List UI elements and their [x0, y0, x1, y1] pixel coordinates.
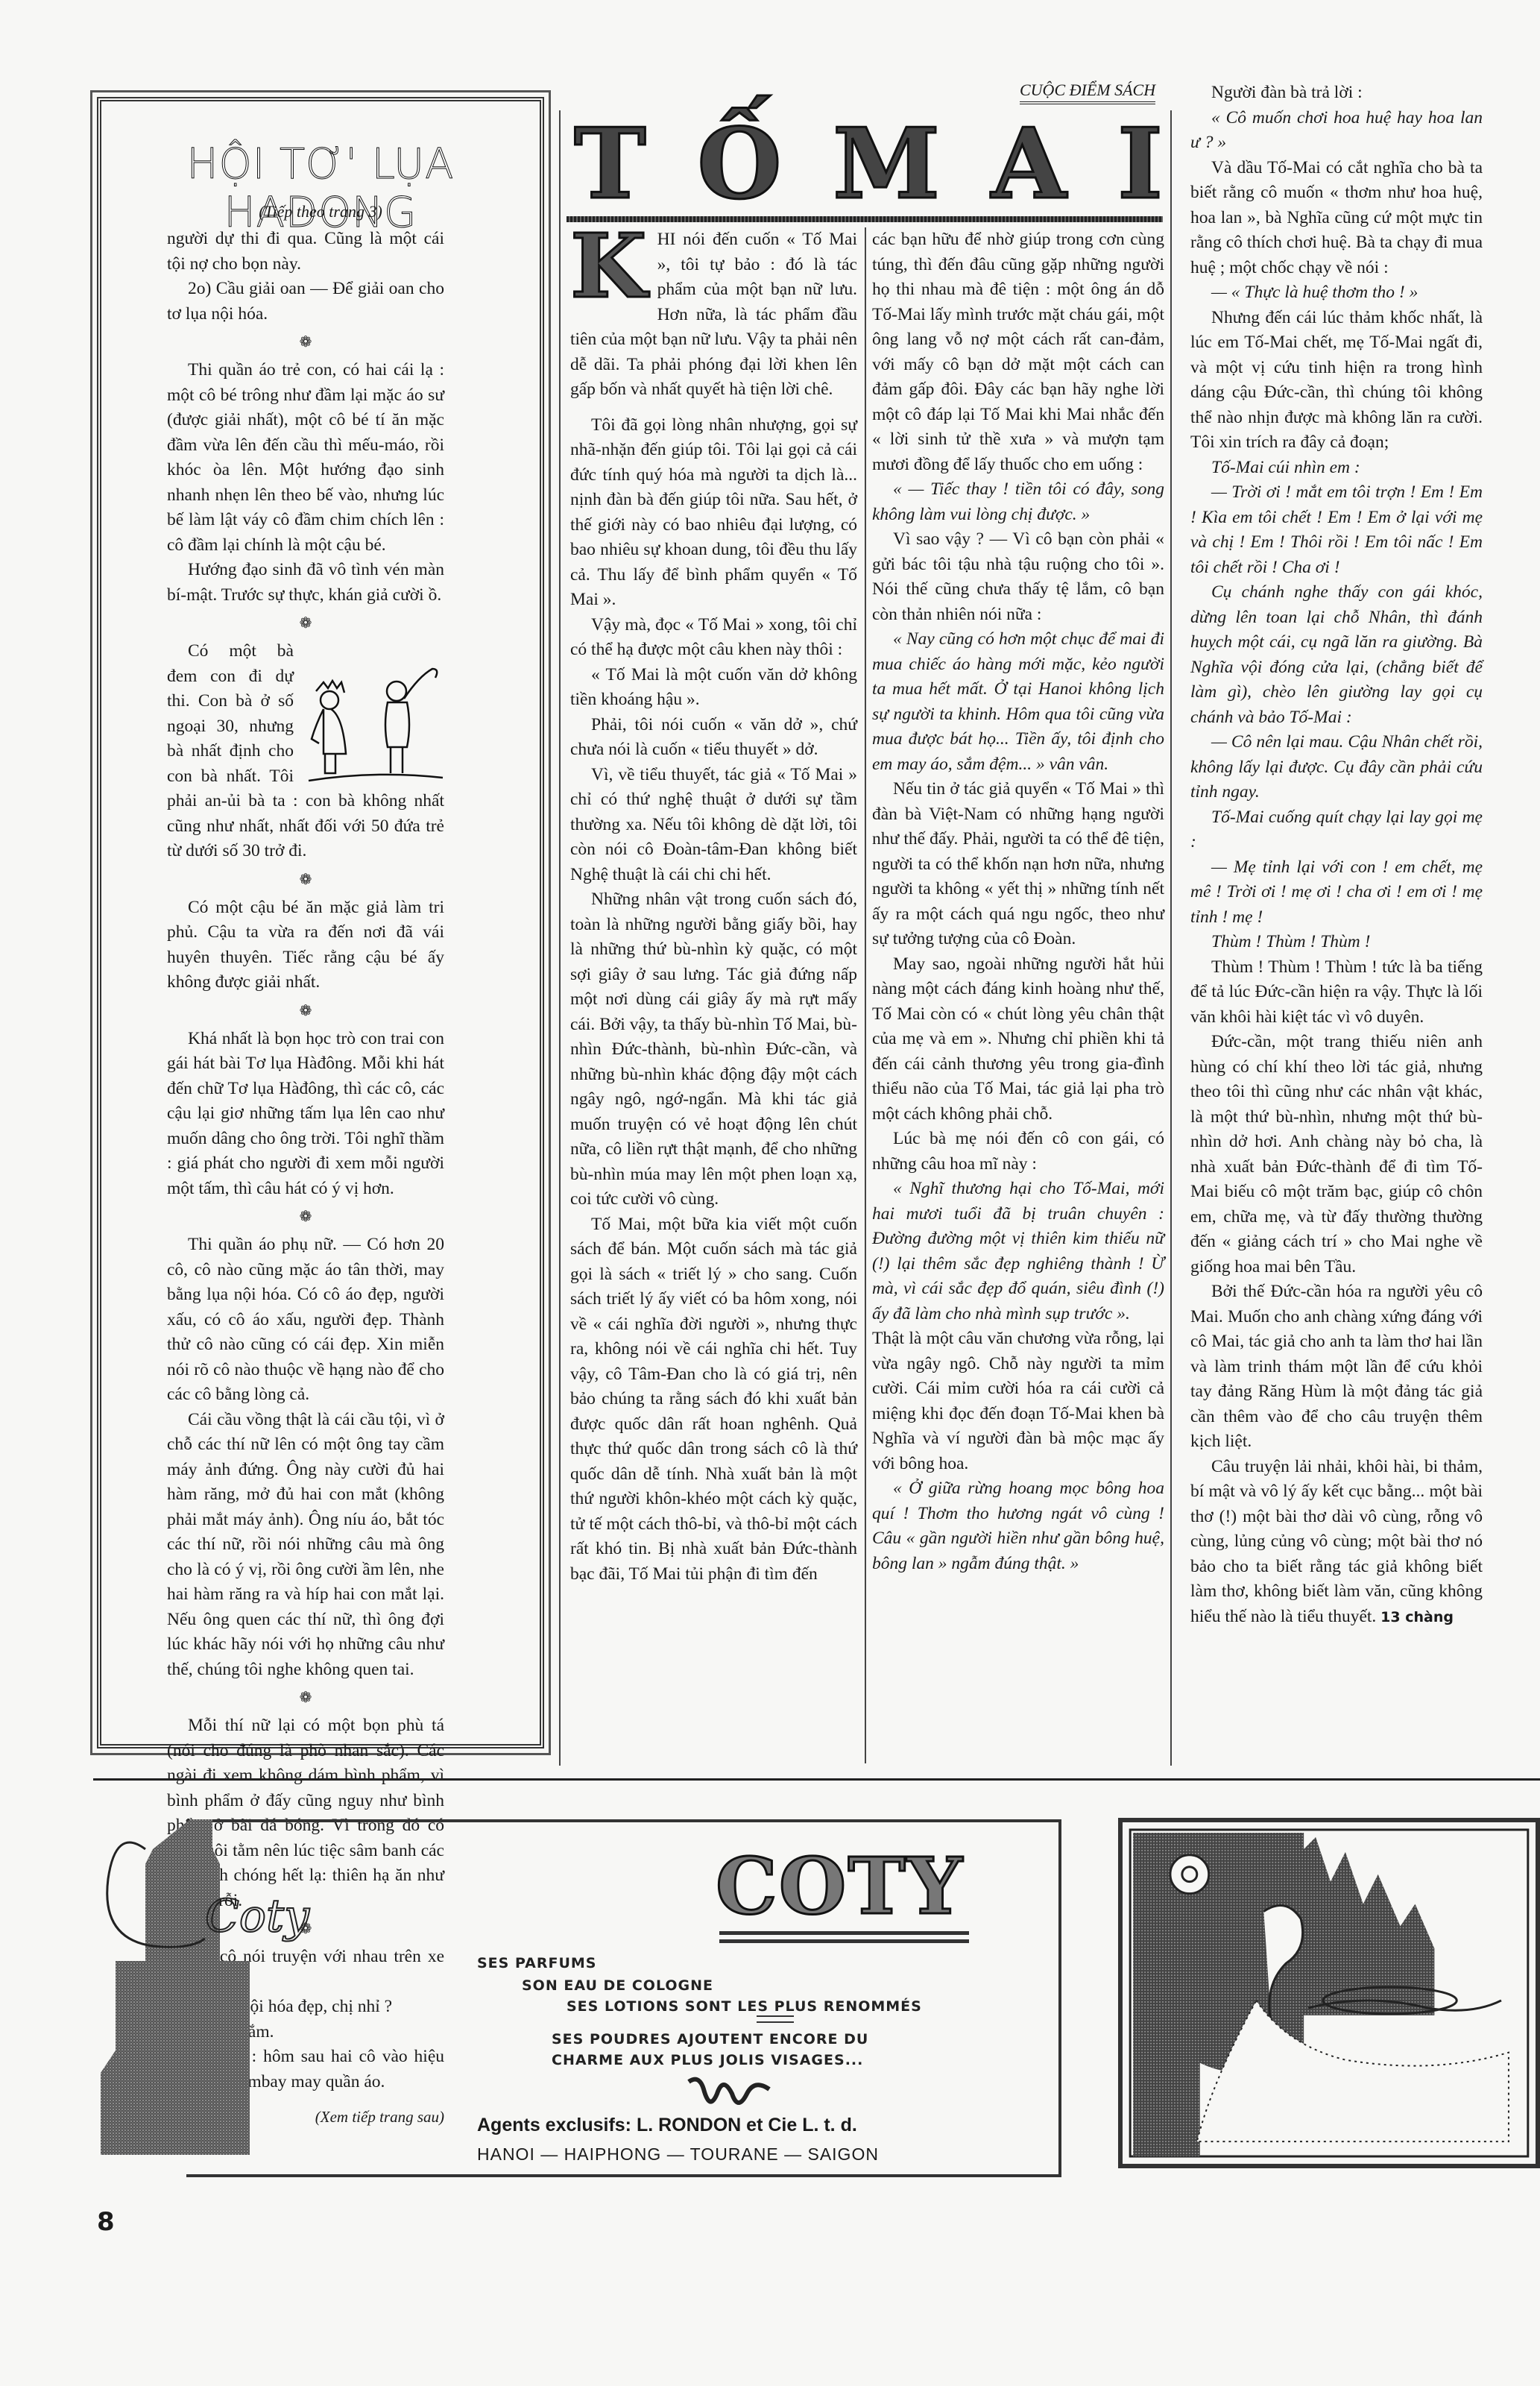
paragraph: Phải, tôi nói cuốn « văn dở », chứ chưa … [570, 713, 857, 763]
paragraph: các bạn hữu để nhờ giúp trong cơn cùng t… [872, 227, 1164, 477]
title-letter: M [833, 119, 940, 209]
paragraph: Những nhân vật trong cuốn sách đó, toàn … [570, 887, 857, 1212]
ad-line: SON EAU DE COLOGNE [522, 1977, 713, 1994]
coty-logo: COTY [716, 1840, 964, 1932]
ad-line: SES POUDRES AJOUTENT ENCORE DU [552, 2031, 868, 2047]
paragraph: 2o) Cầu giải oan — Để giải oan cho tơ lụ… [167, 277, 444, 327]
svg-text:Coty: Coty [205, 1890, 310, 1942]
paragraph: Thùm ! Thùm ! Thùm ! tức là ba tiếng để … [1190, 955, 1483, 1030]
to-mai-column-1: KHI nói đến cuốn « Tố Mai », tôi tự bảo … [570, 227, 857, 1587]
quote: « Nay cũng có hơn một chục để mai đi mua… [872, 627, 1164, 777]
title-letter: A [991, 119, 1067, 209]
paragraph: Và dầu Tố-Mai có cắt nghĩa cho bà ta biế… [1190, 156, 1483, 281]
page-number: 8 [97, 2207, 115, 2237]
paragraph: May sao, ngoài những người hắt hủi nàng … [872, 952, 1164, 1127]
hoi-to-lua-subtitle: (Tiếp theo trang 3) [101, 202, 540, 221]
paragraph: Lúc bà mẹ nói đến cô con gái, có những c… [872, 1127, 1164, 1177]
continued-marker: 13 chàng [1380, 1609, 1454, 1625]
paragraph: Khá nhất là bọn học trò con trai con gái… [167, 1027, 444, 1202]
hoi-to-lua-article-box: HỘI TƠ' LỤA HADONG (Tiếp theo trang 3) n… [97, 97, 544, 1748]
title-letter: I [1117, 119, 1163, 209]
paragraph: Vì, về tiểu thuyết, tác giả « Tố Mai » c… [570, 763, 857, 888]
paragraph: Vậy mà, đọc « Tố Mai » xong, tôi chỉ có … [570, 613, 857, 663]
title-letter: Ố [697, 119, 781, 209]
to-mai-title: T Ố M A I [574, 119, 1163, 209]
paragraph: Tôi đã gọi lòng nhân nhượng, gọi sự nhã-… [570, 413, 857, 613]
quote: « Cô muốn chơi hoa huệ hay hoa lan ư ? » [1190, 106, 1483, 156]
section-rule [93, 1778, 1540, 1781]
paragraph: Bởi thế Đức-cần hóa ra người yêu cô Mai.… [1190, 1279, 1483, 1455]
ad-agents: Agents exclusifs: L. RONDON et Cie L. t.… [477, 2115, 857, 2136]
paragraph: Hướng đạo sinh đã vô tình vén màn bí-mật… [167, 558, 444, 608]
separator-ornament-icon: ❁ [167, 612, 444, 635]
separator-ornament-icon: ❁ [167, 869, 444, 891]
paragraph: Nhưng đến cái lúc thảm khốc nhất, là lúc… [1190, 306, 1483, 456]
separator-ornament-icon: ❁ [167, 331, 444, 353]
wave-ornament-icon [686, 2074, 775, 2110]
quote: « Tố Mai là một cuốn văn dở không tiền k… [570, 663, 857, 713]
cartoon-illustration-icon [301, 661, 444, 788]
hoi-to-lua-title: HỘI TƠ' LỤA HADONG [109, 140, 532, 237]
quote: « Nghĩ thương hại cho Tố-Mai, mới hai mư… [872, 1177, 1164, 1326]
paragraph: Nếu tin ở tác giả quyển « Tố Mai » thì đ… [872, 777, 1164, 952]
to-mai-column-3: Người đàn bà trả lời : « Cô muốn chơi ho… [1190, 81, 1483, 1630]
quote: Cụ chánh nghe thấy con gái khóc, dừng lê… [1190, 580, 1483, 730]
illustration-icon [1123, 1822, 1536, 2164]
quote: — Trời ơi ! mắt em tôi trợn ! Em ! Em ! … [1190, 480, 1483, 580]
ad-line: CHARME AUX PLUS JOLIS VISAGES... [552, 2052, 863, 2068]
paragraph: Có một cậu bé ăn mặc giả làm tri phủ. Cậ… [167, 895, 444, 995]
title-letter: T [574, 119, 646, 209]
paragraph: KHI nói đến cuốn « Tố Mai », tôi tự bảo … [570, 227, 857, 403]
ad-cities: HANOI — HAIPHONG — TOURANE — SAIGON [477, 2144, 879, 2165]
paragraph: Thi quần áo phụ nữ. — Có hơn 20 cô, cô n… [167, 1233, 444, 1408]
paragraph: Vì sao vậy ? — Vì cô bạn còn phải « gửi … [872, 527, 1164, 627]
separator-ornament-icon: ❁ [167, 1000, 444, 1022]
quote: « Ở giữa rừng hoang mọc bông hoa quí ! T… [872, 1476, 1164, 1576]
quote: Tố-Mai cuống quít chạy lại lay gọi mẹ : [1190, 805, 1483, 855]
quote: Tố-Mai cúi nhìn em : [1190, 456, 1483, 481]
paragraph: Câu truyện lải nhải, khôi hài, bi thảm, … [1190, 1455, 1483, 1631]
ad-line: SES LOTIONS SONT LES PLUS RENOMMÉS [567, 1998, 922, 2015]
ad-line: SES PARFUMS [477, 1955, 596, 1971]
separator-ornament-icon: ❁ [167, 1687, 444, 1709]
quote: — Cô nên lại mau. Cậu Nhân chết rồi, khô… [1190, 730, 1483, 805]
ad-divider [757, 2015, 794, 2023]
paragraph: Thi quần áo trẻ con, có hai cái lạ : một… [167, 358, 444, 558]
figure-with-text: Có một bà đem con đi dự thi. Con bà ở số… [167, 639, 444, 864]
column-divider [865, 227, 866, 1763]
quote: Thùm ! Thùm ! Thùm ! [1190, 930, 1483, 955]
quote: — Mẹ tỉnh lại với con ! em chết, mẹ mê !… [1190, 855, 1483, 931]
paragraph: Người đàn bà trả lời : [1190, 81, 1483, 106]
paragraph: người dự thi đi qua. Cũng là một cái tội… [167, 227, 444, 277]
paragraph: Thật là một câu văn chương vừa rỗng, lại… [872, 1326, 1164, 1476]
woman-by-lake-illustration [1118, 1818, 1540, 2168]
paragraph: Đức-cần, một trang thiếu niên anh hùng c… [1190, 1030, 1483, 1279]
separator-ornament-icon: ❁ [167, 1206, 444, 1228]
paragraph: Cái cầu vồng thật là cái cầu tội, vì ở c… [167, 1408, 444, 1683]
drop-cap: K [570, 230, 647, 305]
section-kicker: CUỘC ĐIỂM SÁCH [1020, 81, 1155, 104]
quote: — « Thực là huệ thơm tho ! » [1190, 280, 1483, 306]
title-rule [567, 216, 1163, 222]
paragraph: Tố Mai, một bữa kia viết một cuốn sách đ… [570, 1212, 857, 1587]
logo-underline [719, 1931, 969, 1943]
to-mai-column-2: các bạn hữu để nhờ giúp trong cơn cùng t… [872, 227, 1164, 1576]
perfume-bottle-icon: Coty [101, 1819, 332, 2177]
quote: « — Tiếc thay ! tiền tôi có đây, song kh… [872, 477, 1164, 527]
